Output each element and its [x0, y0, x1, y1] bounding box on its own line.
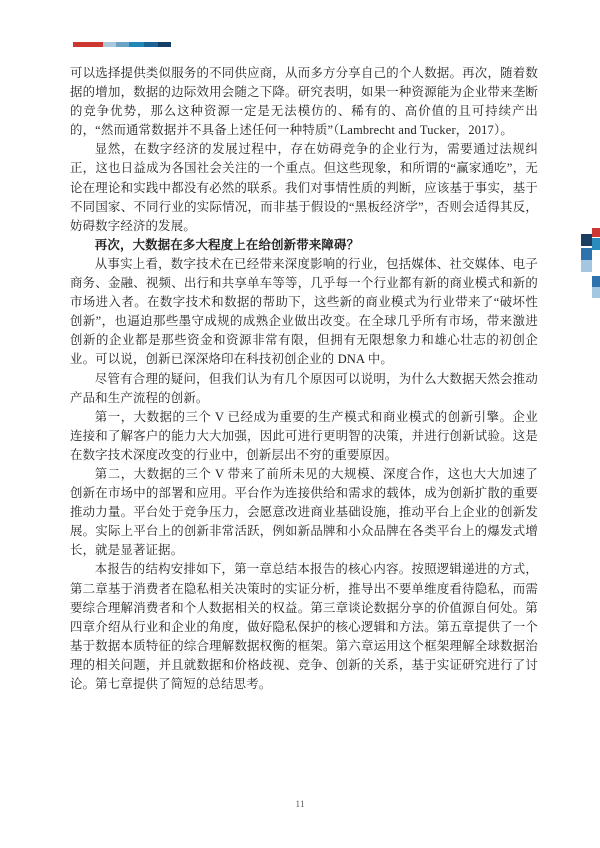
bar-segment-pale-blue	[103, 42, 116, 47]
paragraph: 尽管有合理的疑问，但我们认为有几个原因可以说明，为什么大数据天然会推动产品和生产…	[70, 370, 538, 408]
medium-blue-pixel	[581, 248, 592, 260]
section-heading: 再次，大数据在多大程度上在给创新带来障碍？	[70, 236, 538, 255]
bar-segment-deep-blue	[144, 42, 158, 47]
document-page: 可以选择提供类似服务的不同供应商，从而多方分享自己的个人数据。再次，随着数据的增…	[0, 0, 600, 848]
bar-segment-cyan-blue	[129, 42, 144, 47]
paragraph: 本报告的结构安排如下，第一章总结本报告的核心内容。按照逻辑递进的方式，第二章基于…	[70, 560, 538, 694]
header-decoration-bar	[73, 42, 171, 47]
paragraph: 第一，大数据的三个 V 已经成为重要的生产模式和商业模式的创新引擎。企业连接和了…	[70, 408, 538, 465]
paragraph: 第二，大数据的三个 V 带来了前所未见的大规模、深度合作，这也大大加速了创新在市…	[70, 465, 538, 560]
paragraph: 可以选择提供类似服务的不同供应商，从而多方分享自己的个人数据。再次，随着数据的增…	[70, 64, 538, 140]
navy-pixel	[581, 234, 592, 246]
page-footer: 11	[0, 800, 600, 810]
medium-blue-pixel-2	[592, 276, 600, 287]
red-pixel	[592, 228, 600, 237]
bar-segment-red	[73, 42, 103, 47]
paragraph: 从事实上看，数字技术在已经带来深度影响的行业，包括媒体、社交媒体、电子商务、金融…	[70, 255, 538, 370]
page-number: 11	[295, 800, 304, 810]
steel-blue-pixel	[592, 238, 600, 250]
light-blue-pixel	[581, 260, 592, 272]
bar-segment-steel-blue	[116, 42, 129, 47]
paragraph: 显然，在数字经济的发展过程中，存在妨碍竞争的企业行为，需要通过法规纠正，这也日益…	[70, 140, 538, 235]
light-blue-pixel-2	[592, 287, 600, 298]
bar-segment-navy	[158, 42, 171, 47]
page-body: 可以选择提供类似服务的不同供应商，从而多方分享自己的个人数据。再次，随着数据的增…	[70, 64, 538, 694]
